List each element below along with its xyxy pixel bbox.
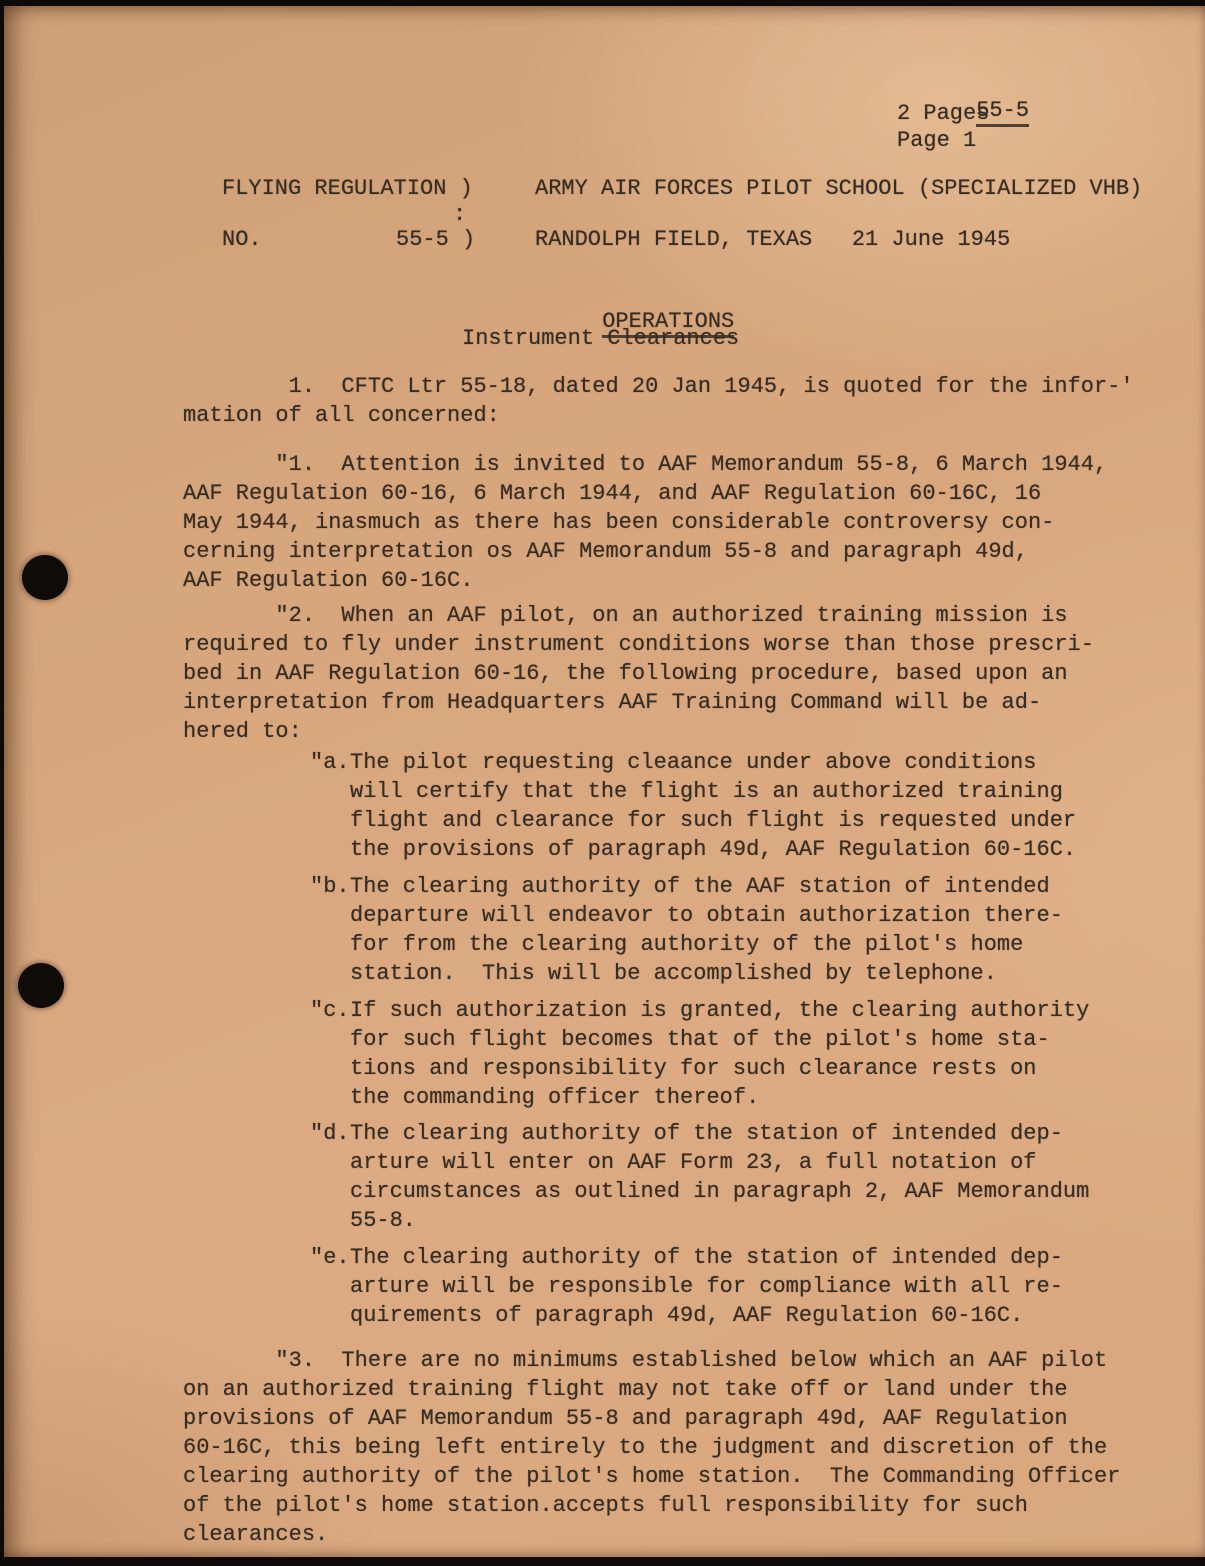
page-number: Page 1 [897, 128, 976, 154]
item-marker: "e. [310, 1243, 350, 1330]
subtitle: Instrument Clearances [462, 324, 739, 353]
quoted-paragraph-2: "2. When an AAF pilot, on an authorized … [183, 601, 1094, 746]
item-marker: "b. [310, 872, 350, 988]
quoted-paragraph-1: "1. Attention is invited to AAF Memorand… [183, 450, 1107, 595]
paragraph-1: 1. CFTC Ltr 55-18, dated 20 Jan 1945, is… [183, 372, 1134, 430]
masthead-left-line2-number: 55-5 ) [396, 225, 475, 254]
list-item-e: "e. The clearing authority of the statio… [310, 1243, 1063, 1330]
masthead-right-line1: ARMY AIR FORCES PILOT SCHOOL (SPECIALIZE… [535, 174, 1142, 203]
item-text: If such authorization is granted, the cl… [350, 996, 1089, 1112]
scanned-document: 55-5 2 Pages Page 1 FLYING REGULATION ) … [0, 0, 1205, 1566]
paper-sheet: 55-5 2 Pages Page 1 FLYING REGULATION ) … [4, 6, 1205, 1557]
item-marker: "c. [310, 996, 350, 1112]
item-text: The clearing authority of the station of… [350, 1119, 1089, 1235]
pages-count: 2 Pages [897, 101, 989, 127]
item-text: The clearing authority of the AAF statio… [350, 872, 1063, 988]
item-text: The clearing authority of the station of… [350, 1243, 1063, 1330]
paragraph-3: "3. There are no minimums established be… [183, 1346, 1120, 1549]
list-item-b: "b. The clearing authority of the AAF st… [310, 872, 1063, 988]
hole-punch-bottom [18, 963, 64, 1008]
hole-punch-top [22, 555, 68, 600]
list-item-c: "c. If such authorization is granted, th… [310, 996, 1089, 1112]
masthead-left-line1: FLYING REGULATION ) [222, 174, 473, 203]
item-text: The pilot requesting cleaance under abov… [350, 748, 1076, 864]
list-item-a: "a. The pilot requesting cleaance under … [310, 748, 1076, 864]
item-marker: "d. [310, 1119, 350, 1235]
masthead-right-line2: RANDOLPH FIELD, TEXAS 21 June 1945 [535, 225, 1010, 254]
list-item-d: "d. The clearing authority of the statio… [310, 1119, 1089, 1235]
masthead-left-line2-label: NO. [222, 225, 262, 254]
item-marker: "a. [310, 748, 350, 864]
